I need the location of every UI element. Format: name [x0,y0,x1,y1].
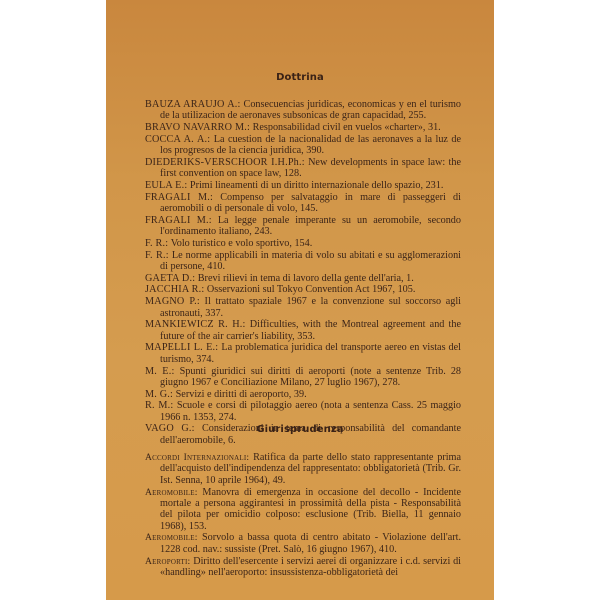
entry-keyword: Aeroporti: [145,556,190,567]
entry-author: F. R.: [145,238,168,249]
entry-author: MANKIEWICZ R. H.: [145,319,246,330]
index-entry: COCCA A. A.: La cuestion de la nacionali… [145,134,461,157]
entry-text: Spunti giuridici sui diritti di aeroport… [160,366,461,388]
entry-author: M. E.: [145,366,175,377]
entry-text: Responsabilidad civil en vuelos «charter… [253,122,441,133]
entry-author: MAPELLI L. E.: [145,342,218,353]
entry-author: GAETA D.: [145,273,195,284]
entry-text: Volo turistico e volo sportivo, 154. [171,238,313,249]
dottrina-entries: BAUZA ARAUJO A.: Consecuencias juridicas… [145,99,461,447]
index-entry: JACCHIA R.: Osservazioni sul Tokyo Conve… [145,284,461,295]
entry-text: Il trattato spaziale 1967 e la convenzio… [160,296,461,318]
giurisprudenza-entries: Accordi Internazionali: Ratifica da part… [145,452,461,579]
entry-author: R. M.: [145,400,173,411]
entry-author: BRAVO NAVARRO M.: [145,122,250,133]
entry-text: Manovra di emergenza in occasione del de… [160,487,461,532]
index-entry: F. R.: Le norme applicabili in materia d… [145,250,461,273]
entry-author: BAUZA ARAUJO A.: [145,99,241,110]
index-entry: Aeromobile: Manovra di emergenza in occa… [145,487,461,533]
entry-author: M. G.: [145,389,173,400]
entry-author: JACCHIA R.: [145,284,204,295]
index-entry: MANKIEWICZ R. H.: Difficulties, with the… [145,319,461,342]
entry-text: Osservazioni sul Tokyo Convention Act 19… [207,284,416,295]
index-entry: F. R.: Volo turistico e volo sportivo, 1… [145,238,461,249]
entry-author: COCCA A. A.: [145,134,210,145]
entry-text: Servizi e diritti di aeroporto, 39. [176,389,307,400]
entry-keyword: Aeromobile: [145,532,198,543]
index-entry: M. G.: Servizi e diritti di aeroporto, 3… [145,389,461,400]
entry-text: Le norme applicabili in materia di volo … [160,250,461,272]
index-entry: MAGNO P.: Il trattato spaziale 1967 e la… [145,296,461,319]
index-entry: Aeroporti: Diritto dell'esercente i serv… [145,556,461,579]
entry-text: Diritto dell'esercente i servizi aerei d… [160,556,461,578]
entry-author: EULA E.: [145,180,187,191]
entry-text: Sorvolo a bassa quota di centro abitato … [160,532,461,554]
entry-keyword: Accordi Internazionali: [145,452,249,463]
index-entry: BAUZA ARAUJO A.: Consecuencias juridicas… [145,99,461,122]
index-entry: FRAGALI M.: Compenso per salvataggio in … [145,192,461,215]
entry-author: F. R.: [145,250,169,261]
index-entry: DIEDERIKS-VERSCHOOR I.H.Ph.: New develop… [145,157,461,180]
entry-keyword: Aeromobile: [145,487,198,498]
entry-text: Primi lineamenti di un diritto internazi… [190,180,444,191]
entry-text: Brevi rilievi in tema di lavoro della ge… [198,273,414,284]
entry-author: FRAGALI M.: [145,192,213,203]
index-entry: M. E.: Spunti giuridici sui diritti di a… [145,366,461,389]
index-entry: GAETA D.: Brevi rilievi in tema di lavor… [145,273,461,284]
index-entry: Accordi Internazionali: Ratifica da part… [145,452,461,486]
index-entry: Aeromobile: Sorvolo a bassa quota di cen… [145,532,461,555]
entry-text: Scuole e corsi di pilotaggio aereo (nota… [160,400,461,422]
entry-author: FRAGALI M.: [145,215,212,226]
index-entry: MAPELLI L. E.: La problematica juridica … [145,342,461,365]
entry-author: MAGNO P.: [145,296,200,307]
section-title-dottrina: Dottrina [106,72,494,83]
index-entry: BRAVO NAVARRO M.: Responsabilidad civil … [145,122,461,133]
entry-author: DIEDERIKS-VERSCHOOR I.H.Ph.: [145,157,305,168]
index-entry: EULA E.: Primi lineamenti di un diritto … [145,180,461,191]
index-entry: FRAGALI M.: La legge penale imperante su… [145,215,461,238]
book-page: Dottrina BAUZA ARAUJO A.: Consecuencias … [106,0,494,600]
index-entry: R. M.: Scuole e corsi di pilotaggio aere… [145,400,461,423]
section-title-giurisprudenza: Giurisprudenza [106,424,494,435]
